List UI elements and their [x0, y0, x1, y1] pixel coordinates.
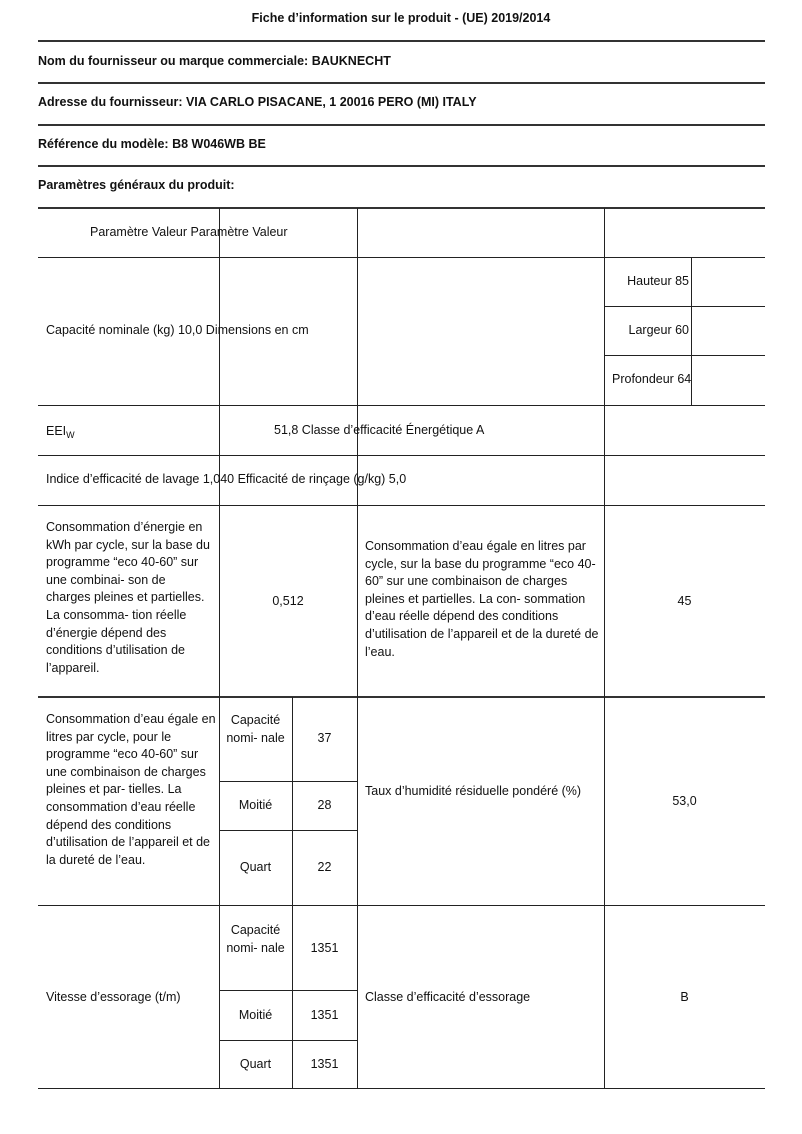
water-sub-value-full: 37: [292, 729, 357, 747]
row-border: [38, 696, 765, 698]
row-border: [38, 905, 765, 906]
row-border: [38, 505, 765, 506]
energy-consumption-value: 0,512: [219, 592, 357, 610]
spin-sub-value-full: 1351: [292, 939, 357, 957]
divider: [38, 40, 765, 42]
address-label: Adresse du fournisseur:: [38, 95, 182, 109]
water-consumption-label: Consommation d’eau égale en litres par c…: [46, 711, 216, 869]
eei-value-class: 51,8 Classe d’efficacité Énergétique A: [274, 421, 484, 439]
spin-sub-value-quarter: 1351: [292, 1055, 357, 1073]
divider: [38, 82, 765, 84]
water-sub-value-quarter: 22: [292, 858, 357, 876]
column-border: [357, 208, 358, 1089]
row-border: [219, 830, 357, 831]
address-line: Adresse du fournisseur: VIA CARLO PISACA…: [38, 95, 477, 109]
water-sub-value-half: 28: [292, 796, 357, 814]
spin-sub-value-half: 1351: [292, 1006, 357, 1024]
table-top-border: [38, 207, 765, 209]
water-sub-label-quarter: Quart: [219, 858, 292, 876]
water-sub-label-full: Capacité nomi- nale: [219, 711, 292, 747]
supplier-value: BAUKNECHT: [312, 54, 391, 68]
model-line: Référence du modèle: B8 W046WB BE: [38, 137, 266, 151]
water-consumption-weighted-value: 45: [604, 592, 765, 610]
spin-sub-label-half: Moitié: [219, 1006, 292, 1024]
dimension-width: Largeur 60: [604, 321, 689, 339]
row-border: [38, 405, 765, 406]
row-border: [604, 355, 765, 356]
capacity-row-text: Capacité nominale (kg) 10,0 Dimensions e…: [46, 321, 309, 339]
column-border: [604, 208, 605, 1089]
spin-class-value: B: [604, 988, 765, 1006]
residual-humidity-label: Taux d’humidité résiduelle pondéré (%): [365, 783, 601, 801]
eei-label: EEIW: [46, 422, 75, 444]
column-border: [292, 697, 293, 1089]
general-params-heading: Paramètres généraux du produit:: [38, 178, 235, 192]
divider: [38, 124, 765, 126]
spin-sub-label-full: Capacité nomi- nale: [219, 921, 292, 957]
row-border: [38, 257, 765, 258]
water-consumption-weighted-label: Consommation d’eau égale en litres par c…: [365, 538, 601, 661]
supplier-label: Nom du fournisseur ou marque commerciale…: [38, 54, 308, 68]
residual-humidity-value: 53,0: [604, 792, 765, 810]
divider: [38, 165, 765, 167]
dimension-depth: Profondeur 64: [612, 370, 691, 388]
spin-class-label: Classe d’efficacité d’essorage: [365, 988, 530, 1006]
supplier-line: Nom du fournisseur ou marque commerciale…: [38, 54, 391, 68]
row-border: [219, 781, 357, 782]
row-border: [38, 455, 765, 456]
document-title: Fiche d’information sur le produit - (UE…: [0, 11, 802, 25]
energy-consumption-label: Consommation d’énergie en kWh par cycle,…: [46, 519, 211, 677]
spin-speed-label: Vitesse d’essorage (t/m): [46, 988, 181, 1006]
address-value: VIA CARLO PISACANE, 1 20016 PERO (MI) IT…: [186, 95, 477, 109]
row-border: [219, 990, 357, 991]
row-border: [219, 1040, 357, 1041]
water-sub-label-half: Moitié: [219, 796, 292, 814]
model-value: B8 W046WB BE: [172, 137, 266, 151]
table-bottom-border: [38, 1088, 765, 1089]
spin-sub-label-quarter: Quart: [219, 1055, 292, 1073]
dimension-height: Hauteur 85: [604, 272, 689, 290]
table-header-row: Paramètre Valeur Paramètre Valeur: [90, 223, 288, 241]
model-label: Référence du modèle:: [38, 137, 169, 151]
row-border: [604, 306, 765, 307]
washing-efficiency-text: Indice d’efficacité de lavage 1,040 Effi…: [46, 470, 406, 488]
